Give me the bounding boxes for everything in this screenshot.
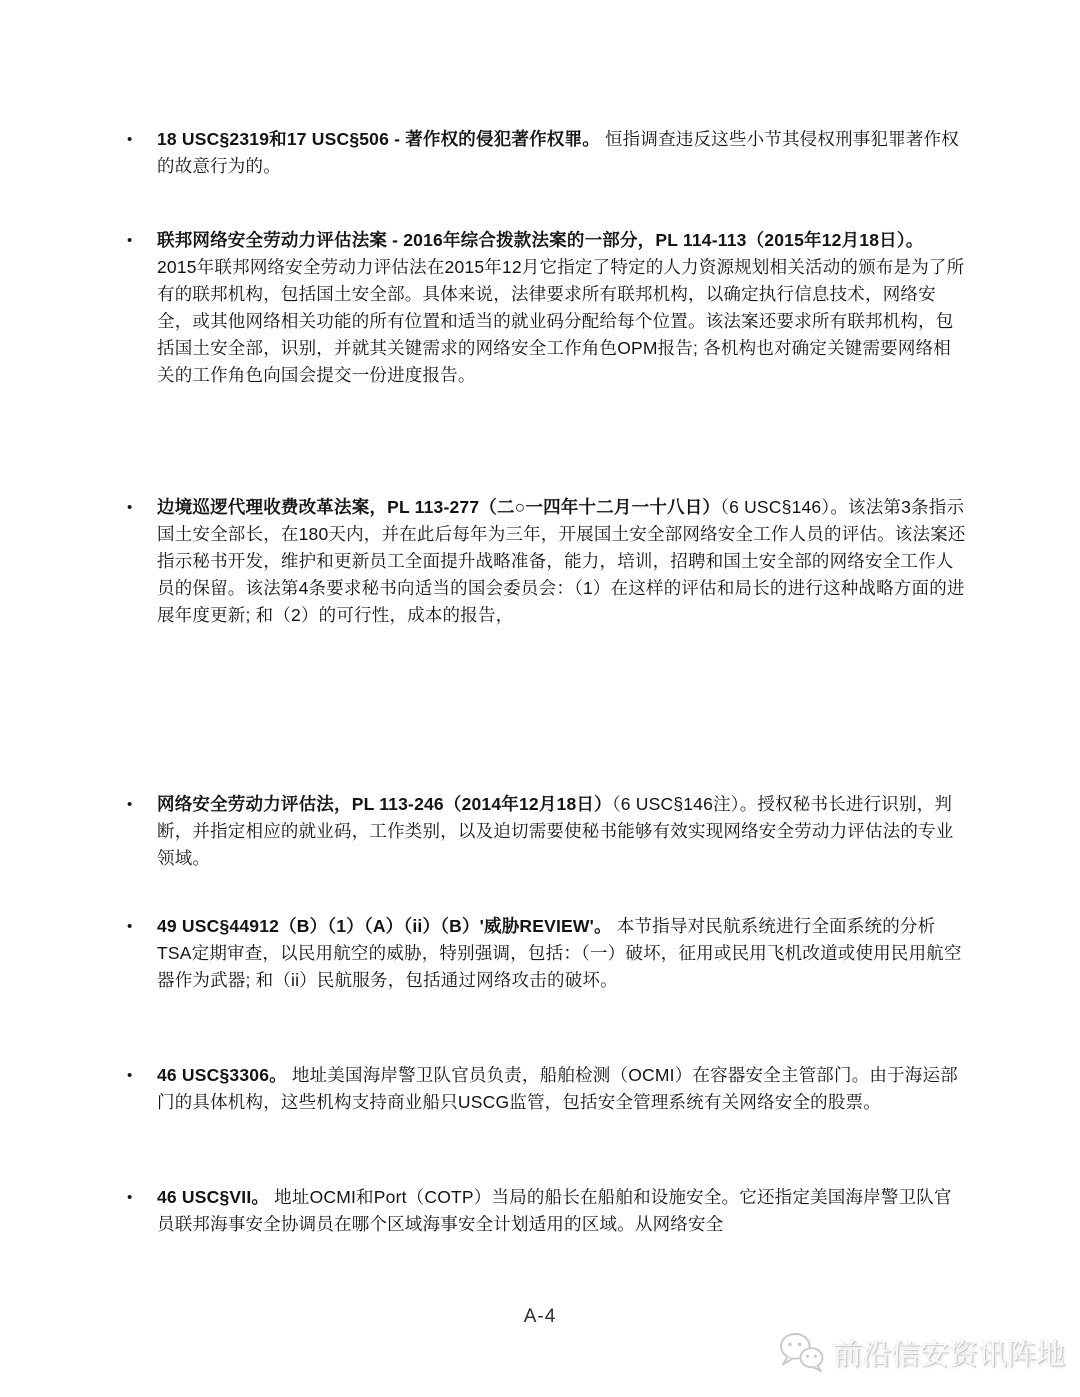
bullet-text: 18 USC§2319和17 USC§506 - 著作权的侵犯著作权罪。 恒指调… [157,126,967,180]
list-item: • 46 USC§VII。 地址OCMI和Port（COTP）当局的船长在船舶和… [125,1184,967,1238]
bullet-marker: • [127,126,132,153]
bullet-bold-text: 联邦网络安全劳动力评估法案 - 2016年综合拨款法案的一部分，PL 114-1… [157,230,924,250]
bullet-text: 49 USC§44912（B）（1）（A）（ii）（B）'威胁REVIEW'。 … [157,913,967,994]
bullet-text: 46 USC§3306。 地址美国海岸警卫队官员负责，船舶检测（OCMI）在容器… [157,1062,967,1116]
bullet-marker: • [127,494,132,521]
page-number: A-4 [0,1306,1080,1328]
bullet-text: 边境巡逻代理收费改革法案，PL 113-277（二○一四年十二月一十八日）（6 … [157,494,967,629]
bullet-text: 网络安全劳动力评估法，PL 113-246（2014年12月18日）（6 USC… [157,791,967,872]
list-item: • 网络安全劳动力评估法，PL 113-246（2014年12月18日）（6 U… [125,791,967,872]
bullet-text: 46 USC§VII。 地址OCMI和Port（COTP）当局的船长在船舶和设施… [157,1184,967,1238]
bullet-marker: • [127,227,132,254]
bullet-bold-text: 49 USC§44912（B）（1）（A）（ii）（B）'威胁REVIEW'。 [157,916,612,936]
bullet-body-text: 地址OCMI和Port（COTP）当局的船长在船舶和设施安全。它还指定美国海岸警… [157,1187,952,1234]
document-page: • 18 USC§2319和17 USC§506 - 著作权的侵犯著作权罪。 恒… [0,0,1080,1397]
watermark-text: 前沿信安资讯阵地 [833,1332,1065,1373]
bullet-bold-text: 46 USC§VII。 [157,1187,269,1207]
bullet-marker: • [127,791,132,818]
bullet-marker: • [127,913,132,940]
bullet-body-text: 2015年联邦网络安全劳动力评估法在2015年12月它指定了特定的人力资源规划相… [157,257,964,385]
list-item: • 46 USC§3306。 地址美国海岸警卫队官员负责，船舶检测（OCMI）在… [125,1062,967,1116]
watermark: 前沿信安资讯阵地 [776,1331,1065,1373]
bullet-text: 联邦网络安全劳动力评估法案 - 2016年综合拨款法案的一部分，PL 114-1… [157,227,967,389]
bullet-marker: • [127,1062,132,1089]
bullet-bold-text: 网络安全劳动力评估法，PL 113-246（2014年12月18日） [157,794,612,814]
list-item: • 18 USC§2319和17 USC§506 - 著作权的侵犯著作权罪。 恒… [125,126,967,180]
wechat-icon [776,1331,826,1373]
list-item: • 联邦网络安全劳动力评估法案 - 2016年综合拨款法案的一部分，PL 114… [125,227,967,389]
bullet-bold-text: 18 USC§2319和17 USC§506 - 著作权的侵犯著作权罪。 [157,129,600,149]
list-item: • 边境巡逻代理收费改革法案，PL 113-277（二○一四年十二月一十八日）（… [125,494,967,629]
bullet-bold-text: 46 USC§3306。 [157,1065,287,1085]
bullet-marker: • [127,1184,132,1211]
bullet-bold-text: 边境巡逻代理收费改革法案，PL 113-277（二○一四年十二月一十八日） [157,497,720,517]
list-item: • 49 USC§44912（B）（1）（A）（ii）（B）'威胁REVIEW'… [125,913,967,994]
